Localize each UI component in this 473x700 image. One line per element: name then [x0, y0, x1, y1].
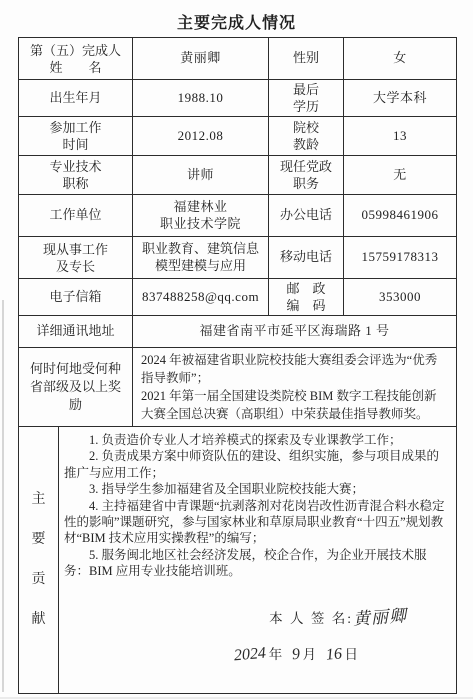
row-currentwork-mobile: 现从事工作 及专长 职业教育、建筑信息 模型建模与应用 移动电话 1575917… — [19, 237, 457, 279]
completer-info-table: 第（五）完成人 姓 名 黄丽卿 性别 女 出生年月 1988.10 最后 学历 … — [18, 37, 457, 694]
prof-title-value: 讲师 — [133, 156, 269, 195]
contrib-char-1: 主 — [32, 491, 46, 509]
name-value: 黄丽卿 — [133, 38, 269, 80]
page-title: 主要完成人情况 — [0, 10, 473, 33]
email-label: 电子信箱 — [19, 279, 133, 316]
birth-value: 1988.10 — [133, 80, 269, 117]
row-name-gender: 第（五）完成人 姓 名 黄丽卿 性别 女 — [19, 38, 457, 80]
name-label-cell: 第（五）完成人 姓 名 — [19, 38, 133, 80]
contributions-vertical-label: 主 要 贡 献 — [22, 433, 55, 688]
current-work-value-cell: 职业教育、建筑信息 模型建模与应用 — [133, 237, 269, 279]
work-start-label-line1: 参加工作 — [22, 119, 129, 136]
prof-title-label-cell: 专业技术 职称 — [19, 156, 133, 195]
teaching-years-label-line2: 教龄 — [272, 136, 340, 153]
prof-title-label-line2: 职称 — [22, 175, 129, 192]
current-work-value-line2: 模型建模与应用 — [136, 258, 265, 275]
awards-line1: 2024 年被福建省职业院校技能大赛组委会评选为“优秀指导教师”； — [141, 351, 448, 387]
signature-line: 本 人 签 名:黄丽卿 — [64, 607, 451, 629]
prof-title-label-line1: 专业技术 — [22, 158, 129, 175]
postcode-label-line1: 邮 政 — [272, 280, 340, 297]
teaching-years-label-cell: 院校 教龄 — [269, 117, 344, 156]
document-page: 主要完成人情况 第（五）完成人 姓 名 黄丽卿 性别 女 出生年月 1988.1… — [0, 0, 473, 700]
postcode-value: 353000 — [344, 279, 457, 316]
education-label-cell: 最后 学历 — [269, 80, 344, 117]
gender-value: 女 — [344, 38, 457, 80]
name-label-line2: 姓 名 — [22, 59, 129, 76]
contrib-char-3: 贡 — [32, 571, 46, 589]
address-label: 详细通讯地址 — [19, 316, 133, 348]
office-phone-label: 办公电话 — [269, 195, 344, 237]
name-label-line1: 第（五）完成人 — [22, 42, 129, 59]
mobile-phone-value: 15759178313 — [344, 237, 457, 279]
employer-value-line2: 职业技术学院 — [136, 216, 265, 233]
scan-edge-bottom — [0, 697, 473, 699]
contribution-item: 5. 服务闽北地区社会经济发展，校企合作，为企业开展技术服务：BIM 应用专业技… — [64, 547, 451, 580]
education-value: 大学本科 — [344, 80, 457, 117]
row-title-partypost: 专业技术 职称 讲师 现任党政 职务 无 — [19, 156, 457, 195]
education-label-line2: 学历 — [272, 98, 340, 115]
employer-value-cell: 福建林业 职业技术学院 — [133, 195, 269, 237]
month-unit: 月 — [303, 647, 320, 662]
contrib-char-4: 献 — [32, 611, 46, 629]
education-label-line1: 最后 — [272, 81, 340, 98]
handwritten-year: 2024 — [233, 643, 267, 667]
row-birth-education: 出生年月 1988.10 最后 学历 大学本科 — [19, 80, 457, 117]
handwritten-month: 9 — [291, 644, 301, 665]
birth-label: 出生年月 — [19, 80, 133, 117]
contribution-item: 3. 指导学生参加福建省及全国职业院校技能大赛； — [64, 481, 451, 497]
email-value: 837488258@qq.com — [133, 279, 269, 316]
contributions-label-cell: 主 要 贡 献 — [19, 427, 59, 694]
postcode-label-cell: 邮 政 编 码 — [269, 279, 344, 316]
row-email-postcode: 电子信箱 837488258@qq.com 邮 政 编 码 353000 — [19, 279, 457, 316]
day-unit: 日 — [345, 647, 362, 662]
mobile-phone-label: 移动电话 — [269, 237, 344, 279]
signature-date-line: 2024年 9月 16日 — [64, 645, 451, 666]
address-value: 福建省南平市延平区海瑞路 1 号 — [133, 316, 457, 348]
work-start-value: 2012.08 — [133, 117, 269, 156]
awards-value-cell: 2024 年被福建省职业院校技能大赛组委会评选为“优秀指导教师”； 2021 年… — [133, 348, 457, 427]
party-post-label-line2: 职务 — [272, 175, 340, 192]
handwritten-day: 16 — [325, 644, 343, 666]
gender-label: 性别 — [269, 38, 344, 80]
row-awards: 何时何地受何种省部级及以上奖励 2024 年被福建省职业院校技能大赛组委会评选为… — [19, 348, 457, 427]
contributions-content-cell: 1. 负责造价专业人才培养模式的探索及专业课教学工作； 2. 负责成果方案中师资… — [59, 427, 457, 694]
contribution-item: 1. 负责造价专业人才培养模式的探索及专业课教学工作； — [64, 432, 451, 448]
employer-label: 工作单位 — [19, 195, 133, 237]
party-post-value: 无 — [344, 156, 457, 195]
work-start-label-line2: 时间 — [22, 136, 129, 153]
contrib-char-2: 要 — [32, 531, 46, 549]
office-phone-value: 05998461906 — [344, 195, 457, 237]
row-employer-officephone: 工作单位 福建林业 职业技术学院 办公电话 05998461906 — [19, 195, 457, 237]
party-post-label-line1: 现任党政 — [272, 158, 340, 175]
contribution-item: 2. 负责成果方案中师资队伍的建设、组织实施，参与项目成果的推广与应用工作； — [64, 448, 451, 481]
current-work-label-line2: 及专长 — [22, 258, 129, 275]
signature-label: 本 人 签 名: — [269, 611, 353, 626]
row-address: 详细通讯地址 福建省南平市延平区海瑞路 1 号 — [19, 316, 457, 348]
handwritten-signature: 黄丽卿 — [352, 605, 407, 631]
awards-label: 何时何地受何种省部级及以上奖励 — [19, 348, 133, 427]
current-work-label-line1: 现从事工作 — [22, 241, 129, 258]
awards-line2: 2021 年第一届全国建设类院校 BIM 数字工程技能创新大赛全国总决赛（高职组… — [141, 387, 448, 423]
current-work-value-line1: 职业教育、建筑信息 — [136, 241, 265, 258]
postcode-label-line2: 编 码 — [272, 297, 340, 314]
employer-value-line1: 福建林业 — [136, 199, 265, 216]
work-start-label-cell: 参加工作 时间 — [19, 117, 133, 156]
teaching-years-value: 13 — [344, 117, 457, 156]
scan-edge-line — [2, 300, 4, 692]
year-unit: 年 — [269, 647, 286, 662]
row-workstart-teachingyears: 参加工作 时间 2012.08 院校 教龄 13 — [19, 117, 457, 156]
current-work-label-cell: 现从事工作 及专长 — [19, 237, 133, 279]
contribution-item: 4. 主持福建省中青课题“抗剥落剂对花岗岩改性沥青混合料水稳定性的影响”课题研究… — [64, 498, 451, 547]
party-post-label-cell: 现任党政 职务 — [269, 156, 344, 195]
row-contributions: 主 要 贡 献 1. 负责造价专业人才培养模式的探索及专业课教学工作； 2. 负… — [19, 427, 457, 694]
teaching-years-label-line1: 院校 — [272, 119, 340, 136]
